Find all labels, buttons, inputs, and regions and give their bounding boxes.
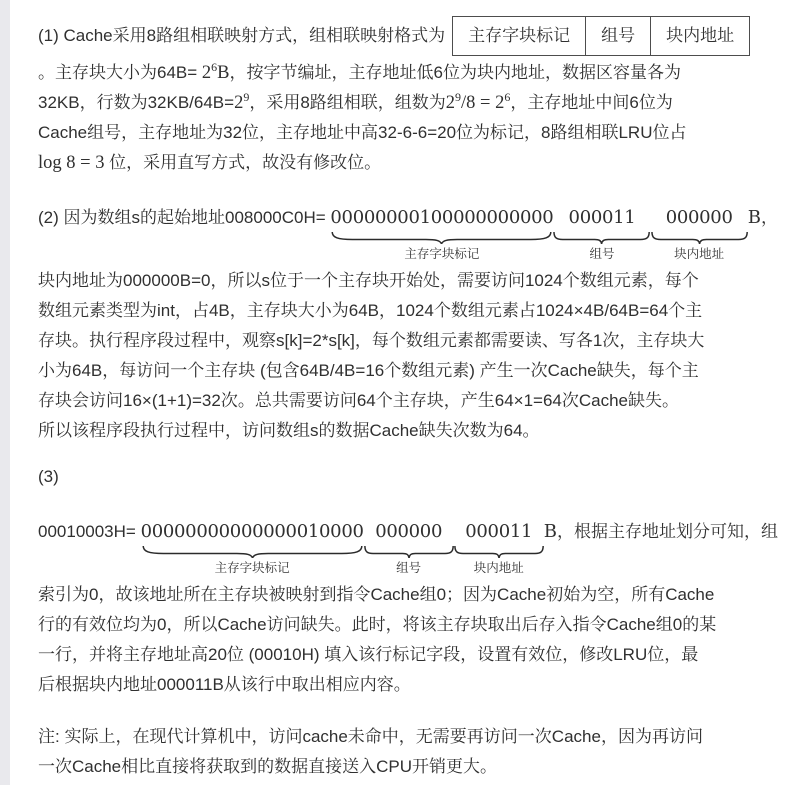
text-line: 块内地址为000000B=0，所以s位于一个主存块开始处，需要访问1024个数组… <box>38 266 778 296</box>
tag-bits: 00000000100000000000 <box>330 204 553 232</box>
text-line: 存块。执行程序段过程中，观察s[k]=2*s[k]，每个数组元素都需要读、写各1… <box>38 326 778 356</box>
part3-heading: (3) <box>38 462 778 492</box>
answer-part-3: (3) 00010003H= 00000000000000010000 主存字块… <box>38 462 778 700</box>
math-base: 2 <box>495 93 504 113</box>
left-gutter <box>0 0 10 785</box>
format-cell-tag: 主存字块标记 <box>453 17 586 56</box>
part1-line-3: 32KB，行数为32KB/64B=29，采用8路组相联，组数为29/8 = 26… <box>38 88 778 118</box>
text-run: ，按字节编址，主存地址低6位为块内地址，数据区容量各为 <box>230 63 681 82</box>
tag-segment: 00000000100000000000 主存字块标记 <box>330 204 553 262</box>
block-offset-label: 块内地址 <box>674 247 724 262</box>
text-run: 位，采用直写方式，故没有修改位。 <box>104 153 381 172</box>
math-tail: /8 = <box>461 93 495 113</box>
part1-line-4: Cache组号，主存地址为32位，主存地址中高32-6-6=20位为标记，8路组… <box>38 118 778 148</box>
set-index-segment: 000000 组号 <box>364 518 454 576</box>
text-run: ， <box>761 204 778 232</box>
document-page: (1) Cache采用8路组相联映射方式，组相联映射格式为 主存字块标记 组号 … <box>0 0 805 785</box>
text-line: 存块会访问16×(1+1)=32次。总共需要访问64个主存块，产生64×1=64… <box>38 386 778 416</box>
answer-content: (1) Cache采用8路组相联映射方式，组相联映射格式为 主存字块标记 组号 … <box>38 14 778 782</box>
part1-line-1: (1) Cache采用8路组相联映射方式，组相联映射格式为 主存字块标记 组号 … <box>38 14 778 58</box>
tag-bits: 00000000000000010000 <box>141 518 364 546</box>
note-section: 注: 实际上，在现代计算机中，访问cache未命中，无需要再访问一次Cache，… <box>38 722 778 782</box>
part3-intro-text: 00010003H= <box>38 518 141 546</box>
math-base: 2 <box>202 63 211 83</box>
format-cell-offset: 块内地址 <box>651 17 750 56</box>
text-run: ，主存地址中间6位为 <box>510 93 672 112</box>
text-run: 32KB，行数为32KB/64B= <box>38 93 234 112</box>
format-cell-set: 组号 <box>586 17 651 56</box>
text-line: 索引为0，故该地址所在主存块被映射到指令Cache组0；因为Cache初始为空，… <box>38 580 778 610</box>
part1-intro-text: (1) Cache采用8路组相联映射方式，组相联映射格式为 <box>38 21 445 51</box>
address-binary-breakdown: 00000000100000000000 主存字块标记 000011 组号 00… <box>330 204 761 262</box>
text-line: 一行，并将主存地址高20位 (00010H) 填入该行标记字段，设置有效位，修改… <box>38 640 778 670</box>
underbrace-icon <box>330 232 553 244</box>
part2-address-line: (2) 因为数组s的起始地址008000C0H= 000000001000000… <box>38 204 778 262</box>
set-index-segment: 000011 组号 <box>553 204 650 262</box>
text-run: 。主存块大小为64B= <box>38 63 202 82</box>
note-line: 一次Cache相比直接将获取到的数据直接送入CPU开销更大。 <box>38 752 778 782</box>
block-offset-bits: 000000 <box>666 204 733 232</box>
underbrace-icon <box>553 232 650 244</box>
part2-body: 块内地址为000000B=0，所以s位于一个主存块开始处，需要访问1024个数组… <box>38 266 778 446</box>
math-base: 2 <box>446 93 455 113</box>
binary-suffix: B <box>544 518 557 546</box>
text-run: ，根据主存地址划分可知，组 <box>557 518 778 546</box>
underbrace-icon <box>364 546 454 558</box>
part3-address-line: 00010003H= 00000000000000010000 主存字块标记 0… <box>38 518 778 576</box>
answer-part-1: (1) Cache采用8路组相联映射方式，组相联映射格式为 主存字块标记 组号 … <box>38 14 778 178</box>
part1-line-2: 。主存块大小为64B= 26B，按字节编址，主存地址低6位为块内地址，数据区容量… <box>38 58 778 88</box>
text-run: ，采用8路组相联，组数为 <box>249 93 445 112</box>
part2-intro-text: (2) 因为数组s的起始地址008000C0H= <box>38 204 330 232</box>
address-format-table: 主存字块标记 组号 块内地址 <box>452 16 750 56</box>
address-binary-breakdown: 00000000000000010000 主存字块标记 000000 组号 00… <box>141 518 557 576</box>
note-line: 注: 实际上，在现代计算机中，访问cache未命中，无需要再访问一次Cache，… <box>38 722 778 752</box>
block-offset-bits: 000011 <box>465 518 532 546</box>
part1-line-5: log 8 = 3 位，采用直写方式，故没有修改位。 <box>38 148 778 178</box>
underbrace-icon <box>651 232 748 244</box>
set-index-label: 组号 <box>590 247 615 262</box>
block-offset-label: 块内地址 <box>474 561 524 576</box>
underbrace-icon <box>454 546 544 558</box>
binary-suffix: B <box>748 204 761 232</box>
math-expression: 29/8 = 26 <box>446 93 511 113</box>
set-index-bits: 000000 <box>375 518 442 546</box>
math-expression: log 8 = 3 <box>38 153 104 173</box>
tag-segment: 00000000000000010000 主存字块标记 <box>141 518 364 576</box>
block-offset-segment: 000011 块内地址 <box>454 518 544 576</box>
set-index-label: 组号 <box>396 561 421 576</box>
math-expression: 29 <box>234 93 249 113</box>
set-index-bits: 000011 <box>569 204 636 232</box>
block-offset-segment: 000000 块内地址 <box>651 204 748 262</box>
math-base: 2 <box>234 93 243 113</box>
underbrace-icon <box>141 546 364 558</box>
answer-part-2: (2) 因为数组s的起始地址008000C0H= 000000001000000… <box>38 204 778 446</box>
text-line: 小为64B，每访问一个主存块 (包含64B/4B=16个数组元素) 产生一次Ca… <box>38 356 778 386</box>
math-expression: 26B <box>202 63 230 83</box>
text-line: 数组元素类型为int，占4B，主存块大小为64B，1024个数组元素占1024×… <box>38 296 778 326</box>
tag-label: 主存字块标记 <box>215 561 290 576</box>
text-line: 后根据块内地址000011B从该行中取出相应内容。 <box>38 670 778 700</box>
tag-label: 主存字块标记 <box>404 247 479 262</box>
text-line: 所以该程序段执行过程中，访问数组s的数据Cache缺失次数为64。 <box>38 416 778 446</box>
part3-body: 索引为0，故该地址所在主存块被映射到指令Cache组0；因为Cache初始为空，… <box>38 580 778 700</box>
text-line: 行的有效位均为0，所以Cache访问缺失。此时，将该主存块取出后存入指令Cach… <box>38 610 778 640</box>
math-tail: B <box>217 63 229 83</box>
